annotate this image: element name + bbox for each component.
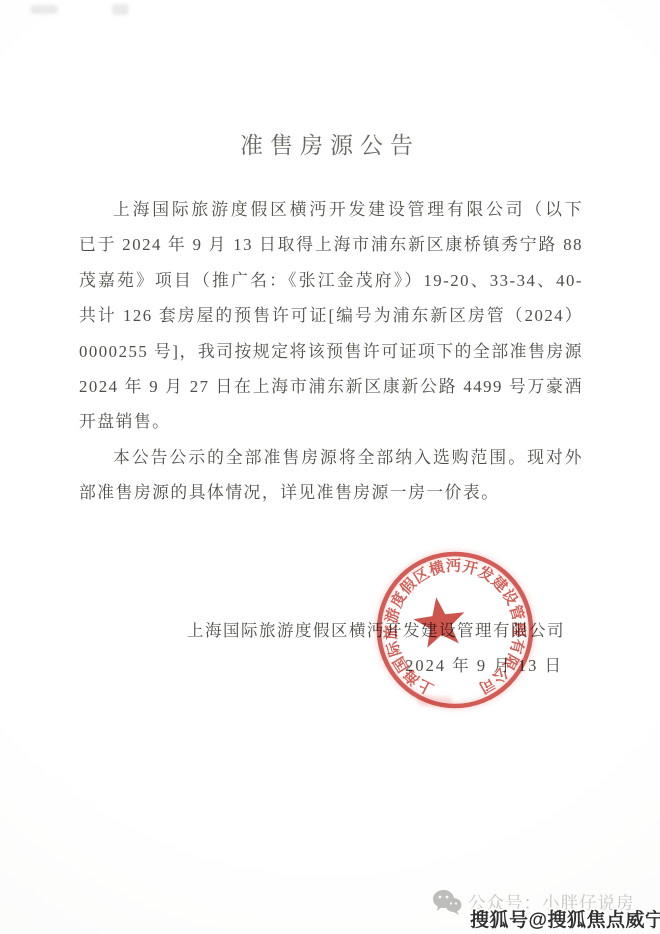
body-line: 茂嘉苑》项目（推广名：《张江金茂府》）19-20、33-34、40-42 号， bbox=[79, 263, 583, 298]
body-line: 0000255 号]，我司按规定将该预售许可证项下的全部准售房源于 bbox=[79, 334, 583, 369]
body-line: 已于 2024 年 9 月 13 日取得上海市浦东新区康桥镇秀宁路 88 弄《康 bbox=[79, 227, 583, 262]
document-body: 上海国际旅游度假区横沔开发建设管理有限公司（以下称“我司”） 已于 2024 年… bbox=[79, 192, 583, 511]
souhu-watermark: 搜狐号@搜狐焦点威宁站 bbox=[470, 905, 660, 932]
wechat-icon bbox=[432, 889, 462, 915]
body-line: 开盘销售。 bbox=[79, 404, 583, 439]
body-line: 2024 年 9 月 27 日在上海市浦东新区康新公路 4499 号万豪酒店公开 bbox=[79, 369, 583, 404]
page-title: 准售房源公告 bbox=[0, 127, 660, 160]
body-line: 部准售房源的具体情况，详见准售房源一房一价表。 bbox=[79, 475, 583, 510]
signature-date: 2024 年 9 月 13 日 bbox=[405, 652, 563, 676]
body-line: 共计 126 套房屋的预售许可证[编号为浦东新区房管（2024）预字 bbox=[79, 298, 583, 333]
body-line: 本公告公示的全部准售房源将全部纳入选购范围。现对外公开全 bbox=[79, 440, 583, 475]
scanned-announcement-page: 准售房源公告 上海国际旅游度假区横沔开发建设管理有限公司（以下称“我司”） 已于… bbox=[0, 0, 660, 934]
body-line: 上海国际旅游度假区横沔开发建设管理有限公司（以下称“我司”） bbox=[79, 192, 583, 227]
signature-company: 上海国际旅游度假区横沔开发建设管理有限公司 bbox=[187, 617, 565, 641]
document-content: 准售房源公告 上海国际旅游度假区横沔开发建设管理有限公司（以下称“我司”） 已于… bbox=[0, 0, 660, 934]
